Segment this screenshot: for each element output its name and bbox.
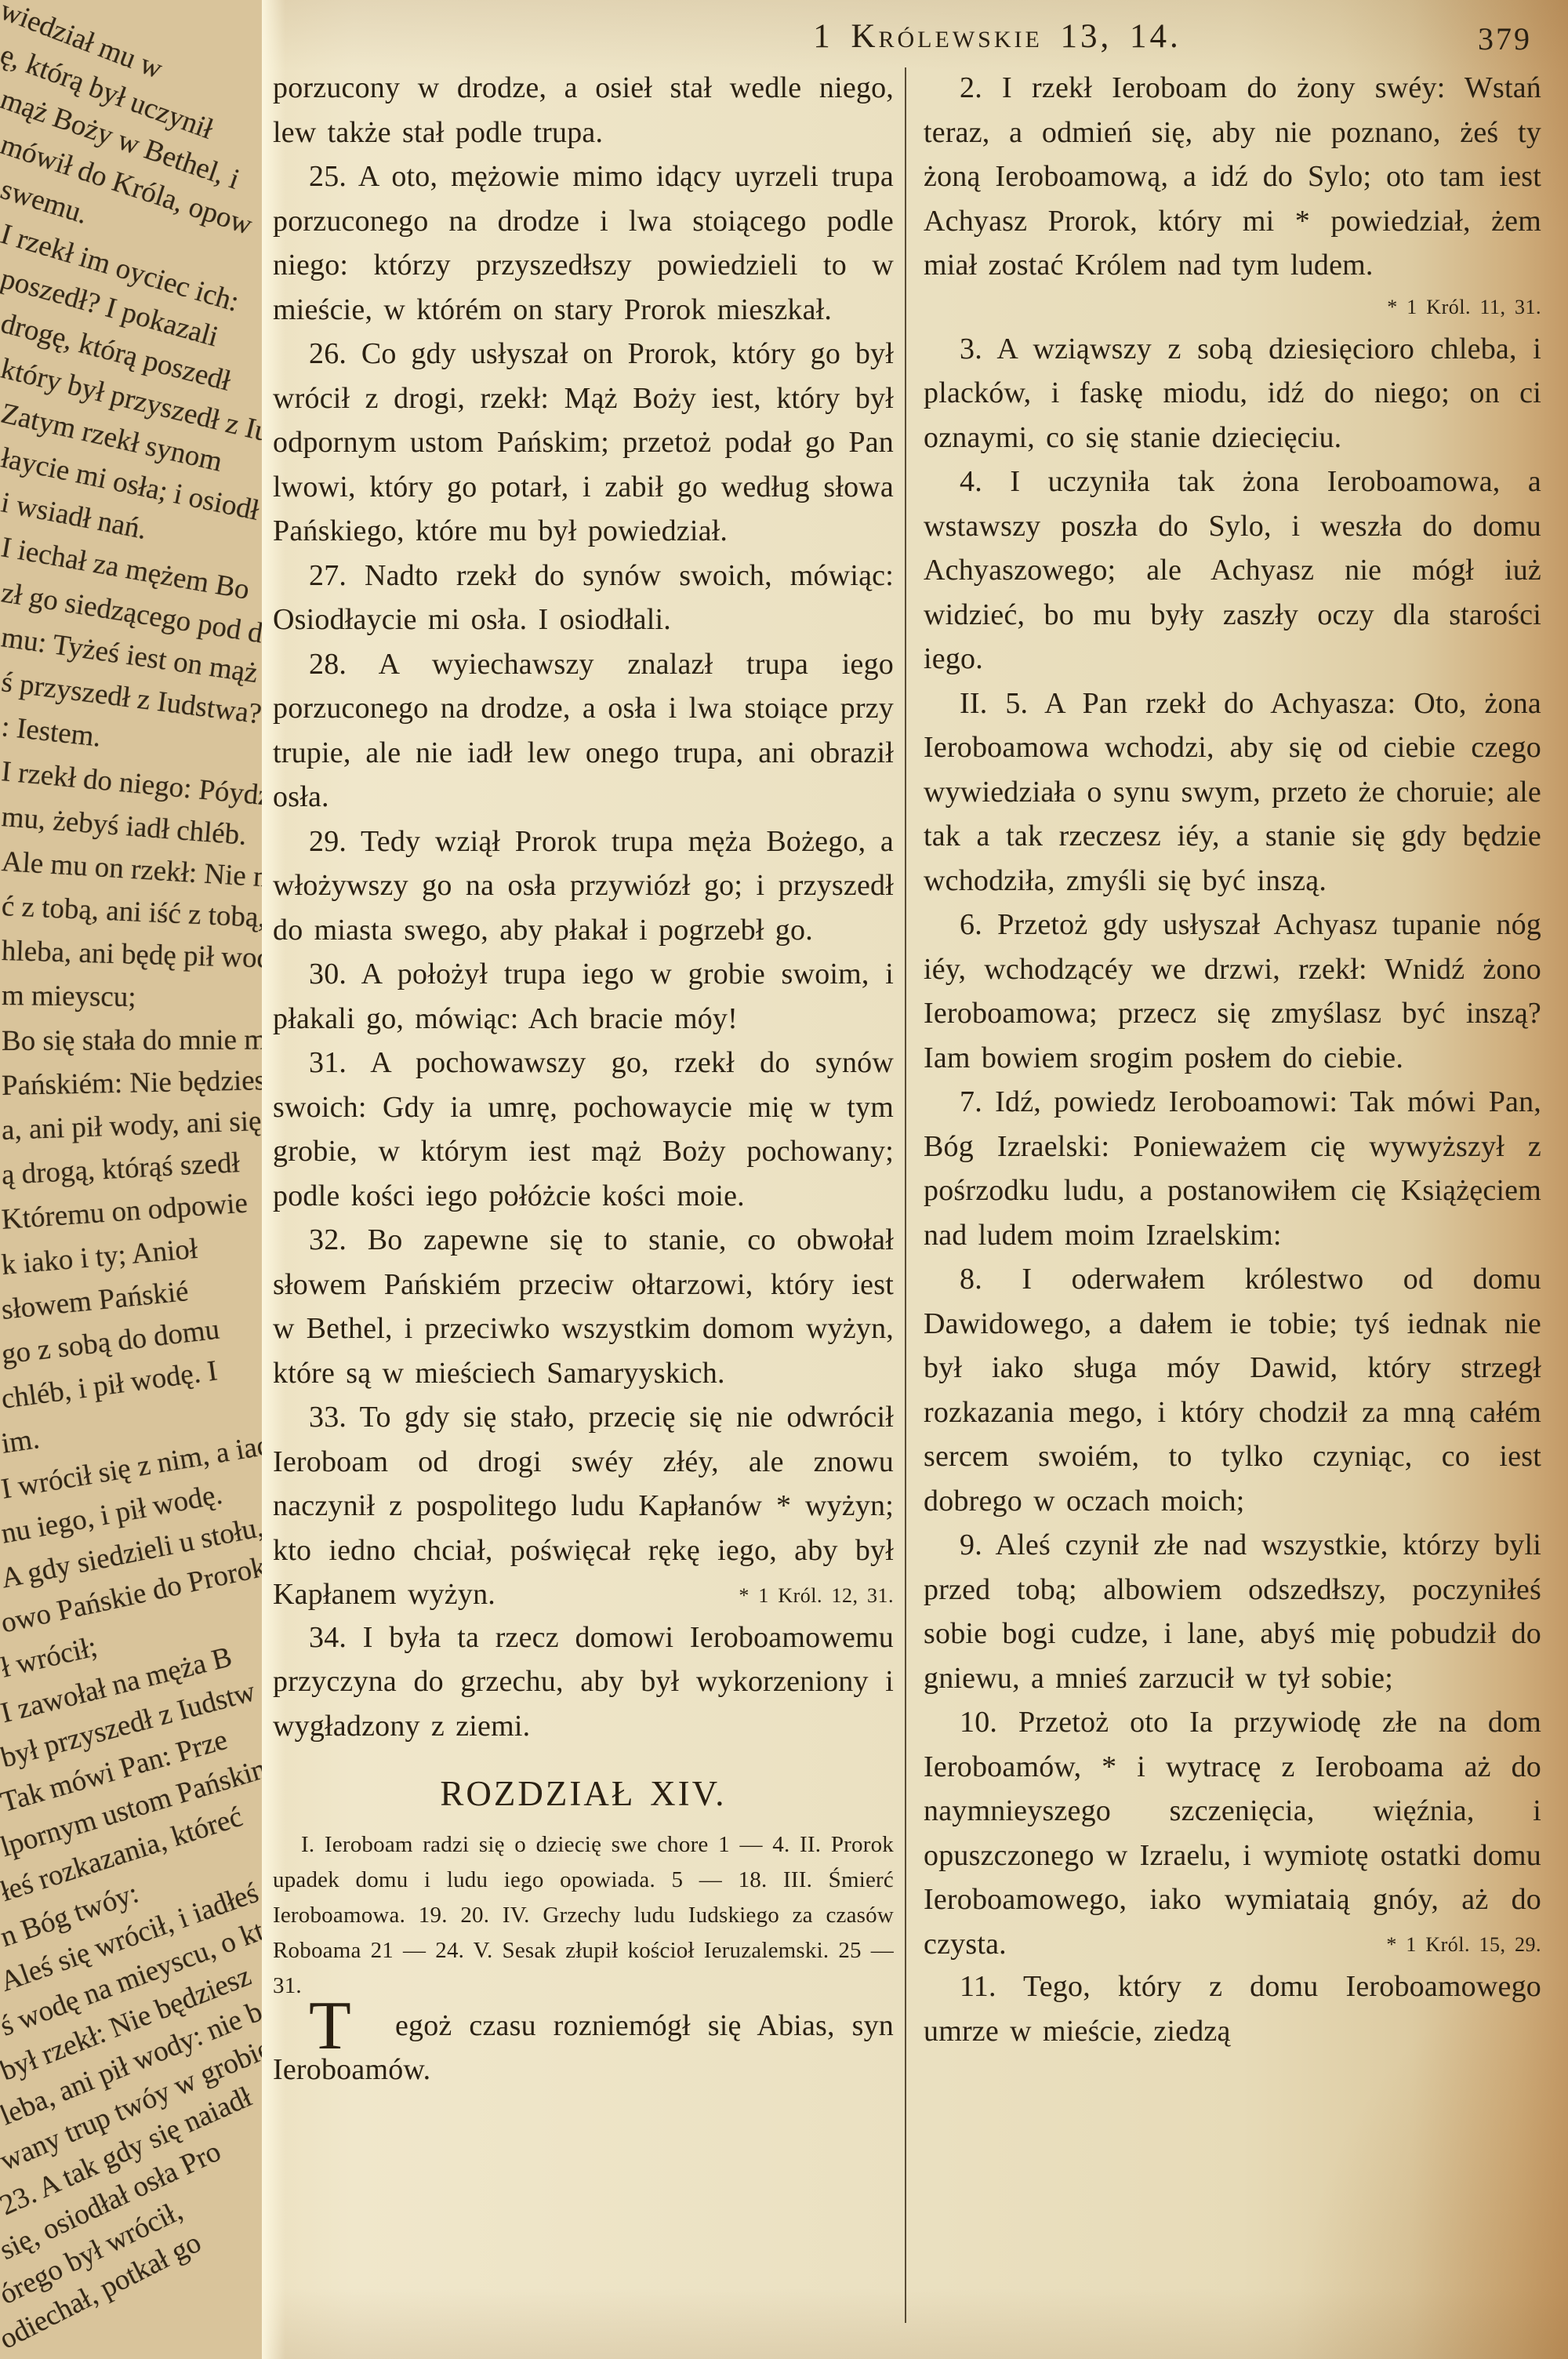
verse-paragraph: II. 5. A Pan rzekł do Achyasza: Oto, żon…: [924, 682, 1541, 903]
verse-paragraph: 28. A wyiechawszy znalazł trupa iego por…: [273, 642, 894, 820]
verse-paragraph: 34. I była ta rzecz domowi Ieroboamowemu…: [273, 1616, 894, 1749]
previous-page-curved-edge: wiedział mu wę, którą był uczyniłmąż Boż…: [0, 0, 262, 2359]
left-text-column: porzucony w drodze, a osieł stał wedle n…: [273, 66, 894, 2092]
right-text-column: 2. I rzekł Ieroboam do żony swéy: Wstań …: [924, 66, 1541, 2053]
verse-paragraph: 8. I oderwałem królestwo od domu Dawidow…: [924, 1257, 1541, 1523]
gutter-text-fragment: ą drogą, którąś szedł: [1, 1146, 241, 1192]
verse-paragraph: 2. I rzekł Ieroboam do żony swéy: Wstań …: [924, 66, 1541, 288]
chapter-summary: I. Ieroboam radzi się o dziecię swe chor…: [273, 1827, 894, 2004]
verse-paragraph: 29. Tedy wziął Prorok trupa męża Bożego,…: [273, 820, 894, 953]
verse-paragraph: 31. A pochowawszy go, rzekł do synów swo…: [273, 1041, 894, 1218]
verse-paragraph: porzucony w drodze, a osieł stał wedle n…: [273, 66, 894, 154]
verse-paragraph: 6. Przetoż gdy usłyszał Achyasz tupanie …: [924, 903, 1541, 1080]
gutter-text-fragment: Bo się stała do mnie mo: [2, 1023, 262, 1057]
verse-paragraph: 30. A położył trupa iego w grobie swoim,…: [273, 952, 894, 1041]
gutter-text-fragment: m mieyscu;: [2, 979, 136, 1014]
dropcap-initial: T: [273, 2007, 351, 2048]
verse-paragraph: 11. Tego, który z domu Ieroboamowego umr…: [924, 1965, 1541, 2053]
verse-paragraph: 25. A oto, mężowie mimo idący uyrzeli tr…: [273, 154, 894, 332]
verse-paragraph: 4. I uczyniła tak żona Ieroboamowa, a ws…: [924, 460, 1541, 682]
gutter-text-fragment: a, ani pił wody, ani się: [1, 1104, 262, 1147]
gutter-text-fragment: ć z tobą, ani iść z tobą, a: [1, 889, 262, 936]
gutter-text-fragment: Pańskiém: Nie będziesz: [2, 1063, 262, 1103]
gutter-text-fragment: Któremu on odpowie: [1, 1187, 249, 1237]
gutter-text-fragment: Ale mu on rzekł: Nie m: [1, 845, 262, 895]
footnote-reference: * 1 Król. 15, 29.: [924, 1925, 1541, 1965]
photographed-book-spread: { "header": { "title": "1 Królewskie 13,…: [0, 0, 1568, 2359]
column-divider-rule: [905, 67, 906, 2323]
chapter-heading: ROZDZIAŁ XIV.: [273, 1772, 894, 1816]
running-header-title: 1 Królewskie 13, 14.: [813, 18, 1181, 55]
running-header: 1 Królewskie 13, 14.: [344, 17, 1568, 56]
footnote-reference: * 1 Król. 11, 31.: [924, 288, 1541, 327]
opening-verse: Tegoż czasu rozniemógł się Abias, syn Ie…: [273, 2004, 894, 2092]
gutter-text-fragment: : Iestem.: [0, 710, 103, 754]
page-number: 379: [1478, 20, 1532, 57]
opening-verse-text: egoż czasu rozniemógł się Abias, syn Ier…: [273, 2009, 894, 2087]
right-column-verses: 2. I rzekł Ieroboam do żony swéy: Wstań …: [924, 66, 1541, 2053]
gutter-text-fragment: im.: [0, 1422, 42, 1461]
verse-paragraph: 27. Nadto rzekł do synów swoich, mówiąc:…: [273, 554, 894, 642]
gutter-text-fragment: hleba, ani będę pił wody: [1, 934, 262, 976]
verse-paragraph: 26. Co gdy usłyszał on Prorok, który go …: [273, 332, 894, 554]
left-column-verses: porzucony w drodze, a osieł stał wedle n…: [273, 66, 894, 1748]
verse-paragraph: 32. Bo zapewne się to stanie, co obwołał…: [273, 1218, 894, 1395]
verse-paragraph: 7. Idź, powiedz Ieroboamowi: Tak mówi Pa…: [924, 1080, 1541, 1257]
verse-paragraph: 9. Aleś czynił złe nad wszystkie, którzy…: [924, 1523, 1541, 1700]
book-page: 1 Królewskie 13, 14. 379 porzucony w dro…: [262, 0, 1568, 2359]
gutter-text-fragment: k iako i ty; Anioł: [0, 1231, 199, 1281]
verse-paragraph: 3. A wziąwszy z sobą dziesięcioro chleba…: [924, 327, 1541, 460]
